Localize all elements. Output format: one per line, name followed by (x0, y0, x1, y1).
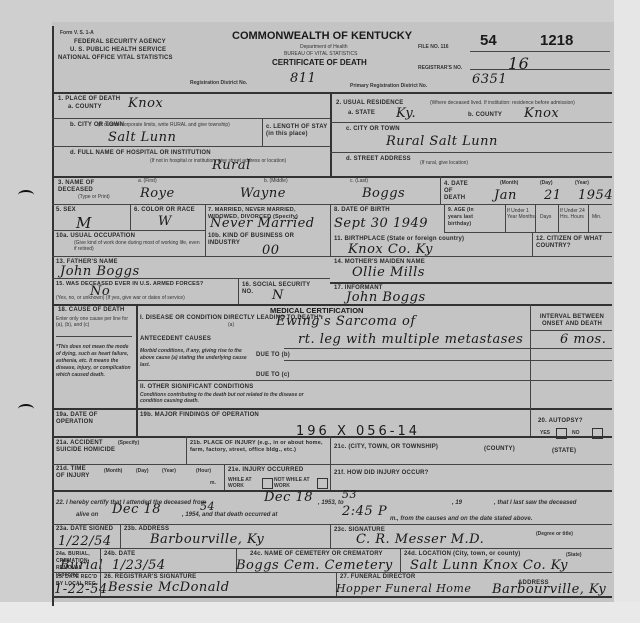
mother-value: Ollie Mills (352, 265, 425, 280)
last-name-label: c. (Last) (350, 178, 368, 184)
res-city-value: Rural Salt Lunn (386, 134, 498, 149)
cause-label: 18. CAUSE OF DEATH (58, 307, 125, 314)
rule (440, 176, 441, 204)
rule (52, 176, 612, 178)
scanned-page: Form V. S. 1-A FEDERAL SECURITY AGENCY U… (0, 0, 640, 623)
accident-label: 21a. ACCIDENT SUICIDE HOMICIDE (56, 440, 116, 454)
rule (530, 330, 612, 331)
scan-bottom-margin (0, 602, 640, 623)
rule (330, 92, 332, 176)
injury-city-label: 21c. (CITY, TOWN, OR TOWNSHIP) (334, 444, 438, 451)
res-county-label: b. COUNTY (468, 112, 502, 119)
while-at-work-checkbox[interactable] (262, 478, 273, 489)
institution-value: Rural (212, 158, 251, 173)
injury-state-label: (STATE) (552, 448, 576, 455)
age-days-label: Days (540, 214, 551, 220)
rule (330, 524, 331, 548)
sex-label: 5. SEX (56, 207, 76, 214)
occupation-note: (Give kind of work done during most of w… (74, 240, 202, 252)
rule (52, 256, 612, 257)
rule (330, 204, 331, 256)
rule (52, 92, 612, 94)
certify-line2-c: m., from the causes and on the date stat… (390, 516, 532, 522)
interval-value: 6 mos. (560, 332, 606, 347)
usual-residence-label: 2. USUAL RESIDENCE (336, 100, 404, 107)
first-name-label: a. (First) (138, 178, 157, 184)
name-type-note: (Type or Print) (78, 194, 110, 200)
rule (530, 304, 531, 404)
burial-date-value: 1/23/54 (112, 558, 166, 573)
rule (284, 360, 612, 361)
rule (400, 548, 401, 572)
cause-footnote: *This does not mean the mode of dying, s… (56, 344, 134, 379)
registrar-no-label: REGISTRAR'S NO. (418, 65, 462, 71)
burial-location-label: 24d. LOCATION (City, town, or county) (404, 551, 521, 558)
certify-line2-b: , 1954, and that death occurred at (182, 512, 277, 518)
rule (136, 380, 612, 381)
injury-occurred-label: 21e. INJURY OCCURRED (228, 467, 303, 474)
dod-year-label: (Year) (575, 180, 589, 186)
funeral-director-value: Hopper Funeral Home (336, 582, 471, 595)
name-label: 3. NAME OF DECEASED (58, 180, 108, 194)
death-county-value: Knox (128, 96, 163, 111)
cause-a-value-2: rt. leg with multiple metastases (298, 332, 523, 347)
burial-date-label: 24b. DATE (104, 551, 135, 558)
rule (52, 230, 205, 231)
age-months-label: If Under 1 Year Months (507, 208, 535, 220)
certificate-title: CERTIFICATE OF DEATH (272, 58, 367, 67)
rule (330, 122, 612, 123)
punch-mark-icon (18, 190, 34, 200)
race-label: 6. COLOR OR RACE (134, 207, 195, 214)
interval-label: INTERVAL BETWEEN ONSET AND DEATH (534, 314, 610, 328)
burial-location-value: Salt Lunn Knox Co. Ky (410, 558, 568, 573)
registrar-signature: Bessie McDonald (108, 580, 230, 595)
rule (530, 404, 531, 436)
rule (470, 69, 610, 70)
funeral-director-label: 27. FUNERAL DIRECTOR (340, 574, 415, 581)
first-name-value: Roye (140, 186, 175, 201)
injury-month: (Month) (104, 468, 122, 474)
county-label: a. COUNTY (68, 104, 102, 111)
rule (284, 348, 612, 349)
bureau: BUREAU OF VITAL STATISTICS (284, 51, 357, 57)
rule (130, 204, 131, 230)
due-to-b: DUE TO (b) (256, 352, 290, 359)
injury-time-label: 21d. TIME OF INJURY (56, 466, 92, 480)
physician-address-value: Barbourville, Ky (150, 532, 264, 547)
rule (444, 232, 612, 233)
date-signed-label: 23a. DATE SIGNED (56, 526, 113, 533)
armed-forces-value: No (90, 284, 110, 299)
rule (52, 572, 612, 573)
while-at-work-label: WHILE AT WORK (228, 477, 256, 489)
burial-value: Burial (60, 558, 103, 573)
funeral-address-value: Barbourville, Ky (492, 582, 606, 597)
registrar-no: 16 (508, 54, 529, 73)
rule (186, 436, 187, 464)
not-while-at-work-label: NOT WHILE AT WORK (274, 477, 312, 489)
injury-hour: (Hour) (196, 468, 211, 474)
burial-state-label: (State) (566, 552, 582, 558)
rule (52, 278, 330, 279)
morbid-note: Morbid conditions, if any, giving rise t… (140, 348, 250, 369)
cause-note: Enter only one cause per line for (a), (… (56, 316, 134, 328)
father-value: John Boggs (60, 264, 140, 279)
res-street-note: (If rural, give location) (420, 160, 468, 166)
attended-from-year: 53 (342, 488, 357, 501)
operation-findings-label: 19b. MAJOR FINDINGS OF OPERATION (140, 412, 259, 419)
informant-value: John Boggs (346, 290, 426, 305)
res-state-label: a. STATE (348, 110, 375, 117)
age-hours-label: If Under 24 Hrs. Hours (560, 208, 588, 220)
city-note: (If outside corporate limits, write RURA… (98, 122, 230, 128)
rule (100, 572, 101, 596)
certify-line1-b: , 1953, to (318, 500, 344, 506)
rule (52, 524, 612, 525)
res-city-label: c. CITY OR TOWN (346, 126, 400, 133)
armed-forces-label: 15. WAS DECEASED EVER IN U.S. ARMED FORC… (56, 281, 236, 288)
age-label: 9. AGE (In years last birthday) (448, 207, 488, 228)
injury-m: m. (210, 480, 216, 486)
accident-specify: (Specify) (118, 440, 139, 446)
agency-line-3: NATIONAL OFFICE VITAL STATISTICS (58, 55, 173, 62)
department: Department of Health (300, 44, 348, 50)
antecedent-label: ANTECEDENT CAUSES (140, 336, 211, 343)
rule (588, 204, 589, 232)
res-county-value: Knox (524, 106, 559, 121)
injury-day: (Day) (136, 468, 149, 474)
primary-district-label: Primary Registration District No. (350, 83, 427, 89)
age-min-label: Min. (592, 214, 601, 220)
dod-day-label: (Day) (540, 180, 553, 186)
form-left-border (52, 26, 54, 606)
place-of-death-label: 1. PLACE OF DEATH (58, 96, 120, 103)
res-state-value: Ky. (396, 106, 416, 121)
rule (136, 408, 138, 436)
institution-label: d. FULL NAME OF HOSPITAL OR INSTITUTION (70, 150, 211, 157)
scan-margin (614, 0, 640, 623)
cause-a-marker: (a) (228, 322, 234, 328)
rule (330, 436, 331, 464)
alive-on-date: Dec 18 (112, 502, 161, 517)
rule (505, 204, 506, 232)
rule (238, 278, 239, 304)
punch-mark-icon (18, 404, 34, 414)
birthplace-value: Knox Co. Ky (348, 242, 433, 257)
rule (52, 464, 612, 465)
rule (136, 304, 138, 408)
rule (470, 51, 610, 52)
certify-line2-a: alive on (76, 512, 98, 518)
other-conditions-label: II. OTHER SIGNIFICANT CONDITIONS (140, 384, 253, 391)
rule (52, 548, 612, 549)
rule (444, 204, 445, 232)
birth-date-value: Sept 30 1949 (334, 216, 428, 231)
res-street-label: d. STREET ADDRESS (346, 156, 411, 163)
certify-line1-d: , that I last saw the deceased (494, 500, 576, 506)
death-city-value: Salt Lunn (108, 130, 176, 145)
race-value: W (158, 214, 172, 229)
death-time: 2:45 P (342, 504, 387, 519)
middle-name-label: b. (Middle) (264, 178, 288, 184)
rule (52, 596, 612, 598)
occupation-label: 10a. USUAL OCCUPATION (56, 233, 135, 240)
rule (120, 524, 121, 548)
registration-district-label: Registration District No. (190, 80, 247, 86)
armed-forces-note: (Yes, no, or unknown) (If yes, give war … (56, 295, 185, 301)
state-title: COMMONWEALTH OF KENTUCKY (232, 30, 412, 42)
rule (532, 232, 533, 256)
stay-label: c. LENGTH OF STAY (in this place) (266, 124, 328, 138)
social-security-value: N (272, 288, 284, 303)
alive-on-year: 54 (200, 500, 215, 513)
dod-month: Jan (494, 188, 517, 203)
rule (330, 464, 331, 490)
date-signed-value: 1/22/54 (58, 534, 112, 549)
cause-a-value: Ewing's Sarcoma of (276, 314, 416, 329)
other-conditions-note: Conditions contributing to the death but… (140, 392, 320, 404)
date-of-death-label: 4. DATE OF DEATH (444, 181, 474, 202)
file-no-number: 1218 (540, 32, 573, 49)
rule (52, 146, 330, 147)
last-name-value: Boggs (362, 186, 405, 201)
place-of-injury-label: 21b. PLACE OF INJURY (e.g., in or about … (190, 440, 330, 454)
middle-name-value: Wayne (240, 186, 286, 201)
due-to-c: DUE TO (c) (256, 372, 290, 379)
rule (52, 118, 330, 119)
injury-year: (Year) (162, 468, 176, 474)
rule (262, 118, 263, 146)
cemetery-label: 24c. NAME OF CEMETERY OR CREMATORY (250, 551, 383, 558)
marital-value: Never Married (210, 216, 315, 231)
rule (52, 204, 612, 205)
rule (330, 282, 612, 284)
agency-line-2: U. S. PUBLIC HEALTH SERVICE (70, 47, 166, 54)
registration-district: 811 (290, 71, 316, 86)
autopsy-label: 20. AUTOPSY? (538, 418, 583, 425)
birth-date-label: 8. DATE OF BIRTH (334, 207, 390, 214)
not-while-at-work-checkbox[interactable] (317, 478, 328, 489)
rule (330, 152, 612, 153)
citizen-label: 12. CITIZEN OF WHAT COUNTRY? (536, 236, 608, 250)
form-id: Form V. S. 1-A (60, 30, 94, 36)
rule (100, 548, 101, 572)
certify-line1-c: , 19 (452, 500, 462, 506)
dod-year: 1954 (578, 188, 613, 203)
file-no-label: FILE NO. 116 (418, 44, 449, 50)
how-injury-label: 21f. HOW DID INJURY OCCUR? (334, 470, 429, 477)
degree-label: (Degree or title) (536, 531, 573, 537)
rule (535, 204, 536, 232)
rule (52, 490, 612, 492)
operation-date-label: 19a. DATE OF OPERATION (56, 412, 134, 426)
cemetery-value: Boggs Cem. Cemetery (236, 558, 393, 573)
dod-day: 21 (544, 188, 562, 203)
file-no-year: 54 (480, 32, 497, 49)
attended-from: Dec 18 (264, 490, 313, 505)
rule (205, 204, 206, 256)
rule (52, 436, 612, 438)
rule (558, 204, 559, 232)
dod-month-label: (Month) (500, 180, 518, 186)
agency-line-1: FEDERAL SECURITY AGENCY (74, 39, 166, 46)
primary-district: 6351 (472, 72, 507, 87)
rule (224, 464, 225, 490)
physician-signature: C. R. Messer M.D. (356, 532, 484, 547)
injury-county-label: (COUNTY) (484, 446, 515, 453)
rule (56, 336, 132, 337)
